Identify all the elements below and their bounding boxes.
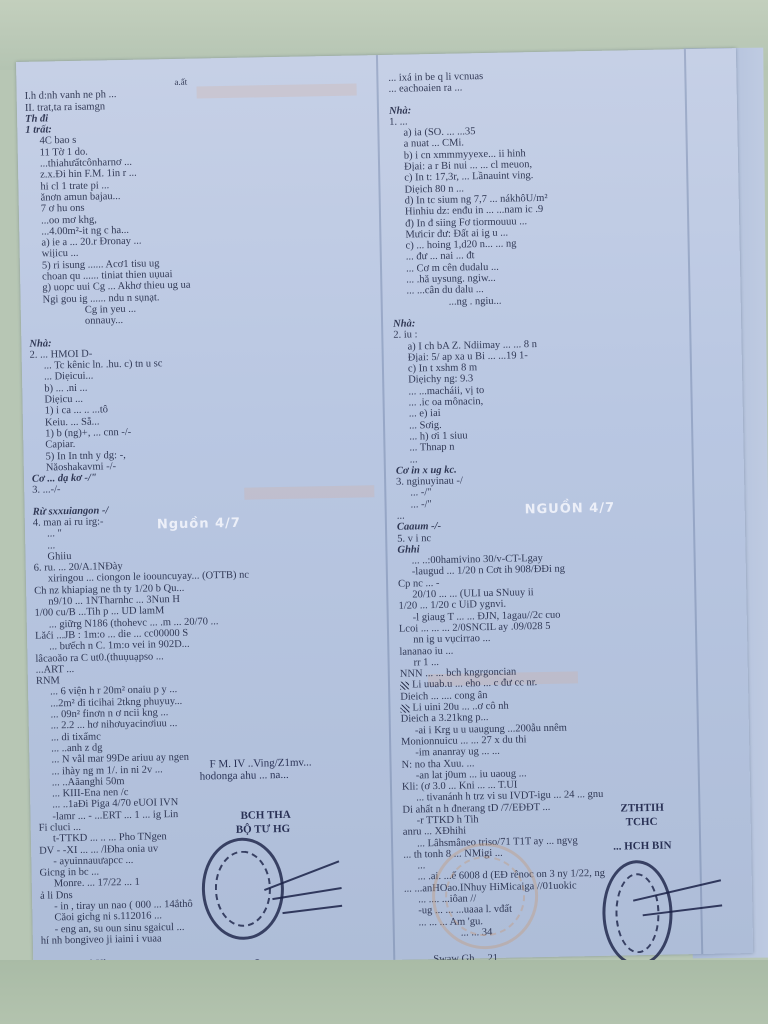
right-sign-title: ZTHTIH <box>620 802 664 815</box>
left-sign-heading-1: F M. IV ..Ving/Z1mv... <box>209 756 311 770</box>
left-sign-subtitle: BỘ TƯ HG <box>236 823 291 836</box>
right-signer-name: ... HCH BIN <box>613 840 672 853</box>
left-sign-heading-2: hodonga ahu ... na... <box>200 769 289 783</box>
table-surface-bottom <box>0 960 768 1024</box>
left-column: a.ất I.h d:nh vanh ne ph ...II. trat,ta … <box>24 74 371 947</box>
left-sign-title: BCH THA <box>240 809 290 822</box>
document-page: a.ất I.h d:nh vanh ne ph ...II. trat,ta … <box>16 48 753 967</box>
watermark-left: Nguồn 4/7 <box>157 516 241 533</box>
right-sign-subtitle: TCHC <box>626 816 658 829</box>
hatch-legend-icon <box>400 682 409 690</box>
hatch-legend-icon <box>400 704 409 712</box>
watermark-right: NGUỒN 4/7 <box>525 501 616 518</box>
